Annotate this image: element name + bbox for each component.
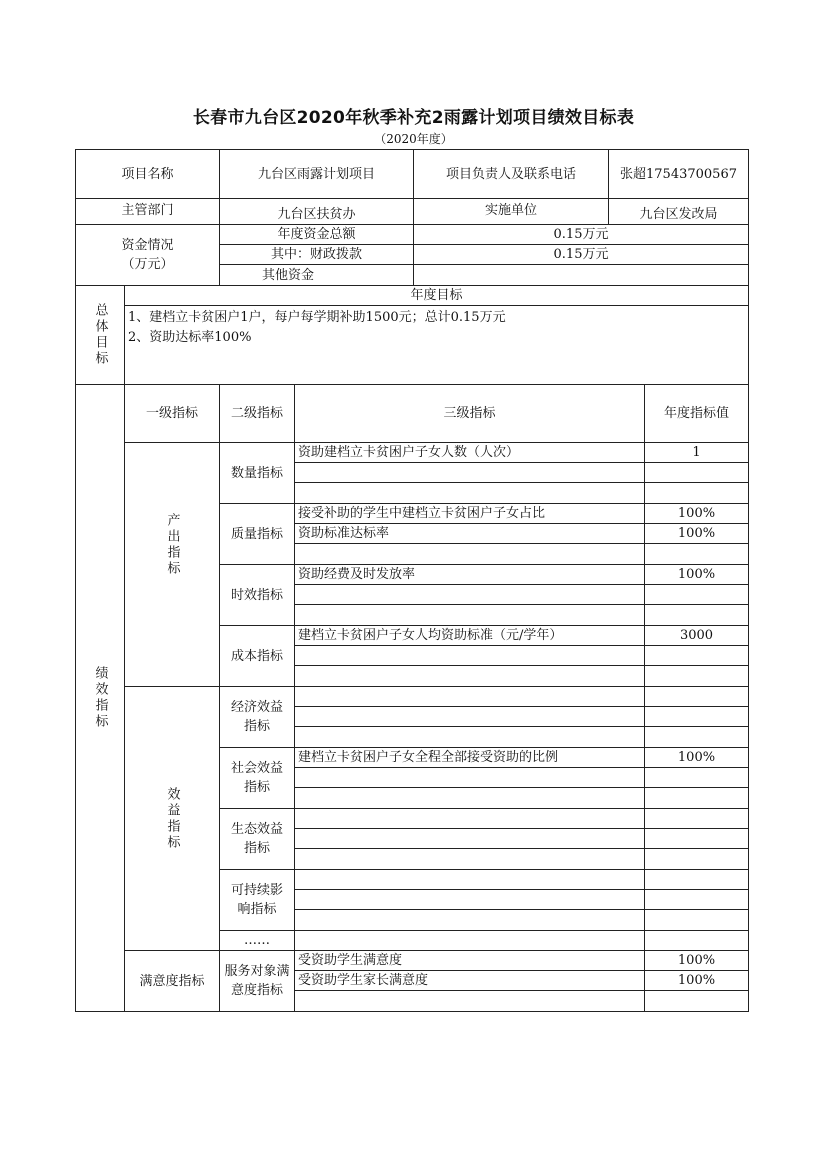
funds-label-line2: （万元） — [121, 255, 173, 274]
page-subtitle: （2020年度） — [0, 130, 827, 147]
impl-label: 实施单位 — [413, 198, 609, 225]
project-leader-value: 张超17543700567 — [608, 149, 749, 199]
funds-total-value: 0.15万元 — [413, 224, 749, 245]
overall-goal-content: 1、建档立卡贫困户1户，每户每学期补助1500元；总计0.15万元 2、资助达标… — [124, 305, 749, 385]
overall-goal-line-2: 2、资助达标率100% — [128, 328, 745, 348]
value-cell — [644, 665, 749, 687]
level3-cell: 建档立卡贫困户子女全程全部接受资助的比例 — [294, 747, 645, 768]
level3-cell — [294, 543, 645, 565]
level3-cell — [294, 930, 645, 951]
level2-social: 社会效益指标 — [219, 747, 295, 809]
level3-cell — [294, 869, 645, 890]
level3-cell — [294, 706, 645, 727]
level2-economic: 经济效益指标 — [219, 686, 295, 748]
value-cell — [644, 543, 749, 565]
level1-benefit: 效益指标 — [124, 686, 220, 951]
level3-cell: 接受补助的学生中建档立卡贫困户子女占比 — [294, 503, 645, 524]
level3-cell — [294, 462, 645, 483]
value-cell — [644, 930, 749, 951]
level2-timeliness: 时效指标 — [219, 564, 295, 626]
value-cell — [644, 767, 749, 788]
value-cell — [644, 808, 749, 829]
value-cell — [644, 706, 749, 727]
level3-cell — [294, 584, 645, 605]
value-cell — [644, 848, 749, 870]
level2-quantity: 数量指标 — [219, 442, 295, 504]
level3-cell — [294, 604, 645, 626]
dept-label: 主管部门 — [75, 198, 220, 225]
level3-cell: 建档立卡贫困户子女人均资助标准（元/学年） — [294, 625, 645, 646]
funds-other-value — [413, 264, 749, 286]
value-cell: 100% — [644, 523, 749, 544]
level1-output: 产出指标 — [124, 442, 220, 687]
funds-total-label: 年度资金总额 — [219, 224, 414, 245]
level3-cell — [294, 848, 645, 870]
overall-goal-side-label: 总体目标 — [75, 285, 125, 385]
overall-goal-header: 年度目标 — [124, 285, 749, 306]
header-value: 年度指标值 — [644, 384, 749, 443]
level3-cell — [294, 726, 645, 748]
funds-fiscal-label: 其中：财政拨款 — [219, 244, 414, 265]
level3-cell: 资助标准达标率 — [294, 523, 645, 544]
project-name-value: 九台区雨露计划项目 — [219, 149, 414, 199]
impl-value: 九台区发改局 — [608, 198, 749, 225]
value-cell — [644, 889, 749, 910]
value-cell: 100% — [644, 950, 749, 971]
level3-cell — [294, 767, 645, 788]
value-cell: 100% — [644, 503, 749, 524]
level3-cell — [294, 787, 645, 809]
value-cell: 3000 — [644, 625, 749, 646]
value-cell — [644, 828, 749, 849]
value-cell — [644, 787, 749, 809]
value-cell: 100% — [644, 747, 749, 768]
level2-ellipsis: …… — [219, 930, 295, 951]
project-leader-label: 项目负责人及联系电话 — [413, 149, 609, 199]
value-cell — [644, 686, 749, 707]
level3-cell — [294, 990, 645, 1012]
level3-cell — [294, 808, 645, 829]
value-cell — [644, 462, 749, 483]
overall-goal-line-1: 1、建档立卡贫困户1户，每户每学期补助1500元；总计0.15万元 — [128, 308, 745, 328]
funds-other-label: 其他资金 — [219, 264, 414, 286]
level3-cell: 资助经费及时发放率 — [294, 564, 645, 585]
header-level1: 一级指标 — [124, 384, 220, 443]
value-cell: 1 — [644, 442, 749, 463]
level3-cell: 受资助学生家长满意度 — [294, 970, 645, 991]
value-cell — [644, 604, 749, 626]
indicators-side-label: 绩效指标 — [75, 384, 125, 1012]
page-title: 长春市九台区2020年秋季补充2雨露计划项目绩效目标表 — [0, 103, 827, 128]
value-cell — [644, 909, 749, 931]
funds-label: 资金情况 （万元） — [75, 224, 220, 286]
value-cell: 100% — [644, 970, 749, 991]
level2-service-satisfaction: 服务对象满意度指标 — [219, 950, 295, 1012]
dept-value: 九台区扶贫办 — [219, 198, 414, 225]
level3-cell: 资助建档立卡贫困户子女人数（人次） — [294, 442, 645, 463]
header-level2: 二级指标 — [219, 384, 295, 443]
value-cell — [644, 869, 749, 890]
value-cell — [644, 482, 749, 504]
level2-sustainable: 可持续影响指标 — [219, 869, 295, 931]
funds-fiscal-value: 0.15万元 — [413, 244, 749, 265]
level3-cell — [294, 645, 645, 666]
project-name-label: 项目名称 — [75, 149, 220, 199]
level2-quality: 质量指标 — [219, 503, 295, 565]
level2-cost: 成本指标 — [219, 625, 295, 687]
value-cell — [644, 990, 749, 1012]
level3-cell — [294, 909, 645, 931]
level3-cell: 受资助学生满意度 — [294, 950, 645, 971]
level3-cell — [294, 665, 645, 687]
value-cell: 100% — [644, 564, 749, 585]
value-cell — [644, 726, 749, 748]
funds-label-line1: 资金情况 — [121, 236, 173, 255]
level3-cell — [294, 482, 645, 504]
level3-cell — [294, 889, 645, 910]
header-level3: 三级指标 — [294, 384, 645, 443]
level3-cell — [294, 686, 645, 707]
value-cell — [644, 645, 749, 666]
level2-ecological: 生态效益指标 — [219, 808, 295, 870]
value-cell — [644, 584, 749, 605]
level3-cell — [294, 828, 645, 849]
level1-satisfaction: 满意度指标 — [124, 950, 220, 1012]
